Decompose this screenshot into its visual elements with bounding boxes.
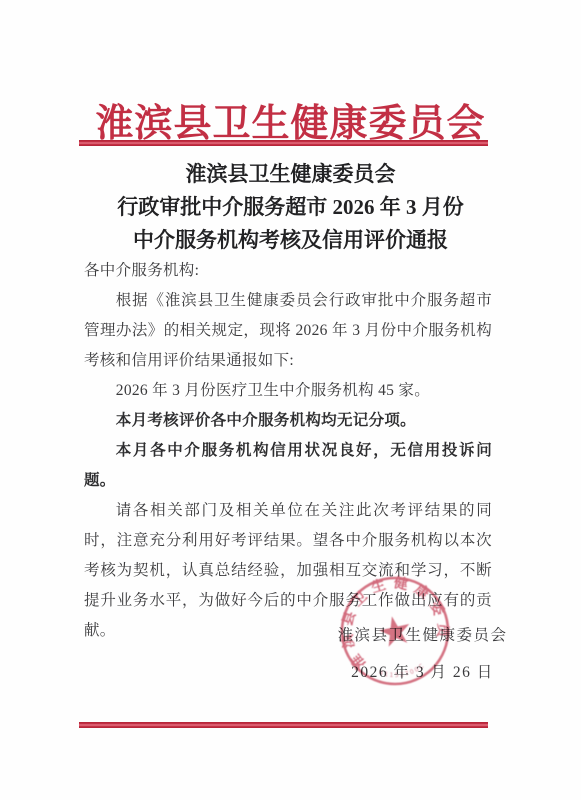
document-title: 淮滨县卫生健康委员会 行政审批中介服务超市 2026 年 3 月份 中介服务机构… bbox=[40, 158, 541, 257]
document-body: 各中介服务机构: 根据《淮滨县卫生健康委员会行政审批中介服务超市管理办法》的相关… bbox=[84, 256, 492, 646]
signoff-block: 淮滨县卫生健康委员会 2026 年 3 月 26 日 bbox=[325, 617, 520, 691]
scanned-official-document: 淮滨县卫生健康委员会 淮滨县卫生健康委员会 行政审批中介服务超市 2026 年 … bbox=[0, 0, 581, 800]
paragraph-assessment-result: 本月考核评价各中介服务机构均无记分项。 bbox=[84, 406, 492, 436]
signoff-date: 2026 年 3 月 26 日 bbox=[325, 654, 520, 691]
document-title-line-1: 淮滨县卫生健康委员会 bbox=[40, 158, 541, 191]
paragraph-agency-count: 2026 年 3 月份医疗卫生中介服务机构 45 家。 bbox=[84, 376, 492, 406]
document-title-line-3: 中介服务机构考核及信用评价通报 bbox=[40, 224, 541, 257]
paragraph-credit-result: 本月各中介服务机构信用状况良好，无信用投诉问题。 bbox=[84, 436, 492, 496]
footer-red-rule bbox=[79, 722, 488, 728]
signoff-org-name: 淮滨县卫生健康委员会 bbox=[325, 617, 520, 654]
paragraph-basis: 根据《淮滨县卫生健康委员会行政审批中介服务超市管理办法》的相关规定，现将 202… bbox=[84, 286, 492, 376]
letterhead-red-rule bbox=[79, 140, 488, 146]
salutation: 各中介服务机构: bbox=[84, 256, 492, 286]
document-title-line-2: 行政审批中介服务超市 2026 年 3 月份 bbox=[40, 191, 541, 224]
letterhead-org-name: 淮滨县卫生健康委员会 bbox=[0, 92, 581, 147]
